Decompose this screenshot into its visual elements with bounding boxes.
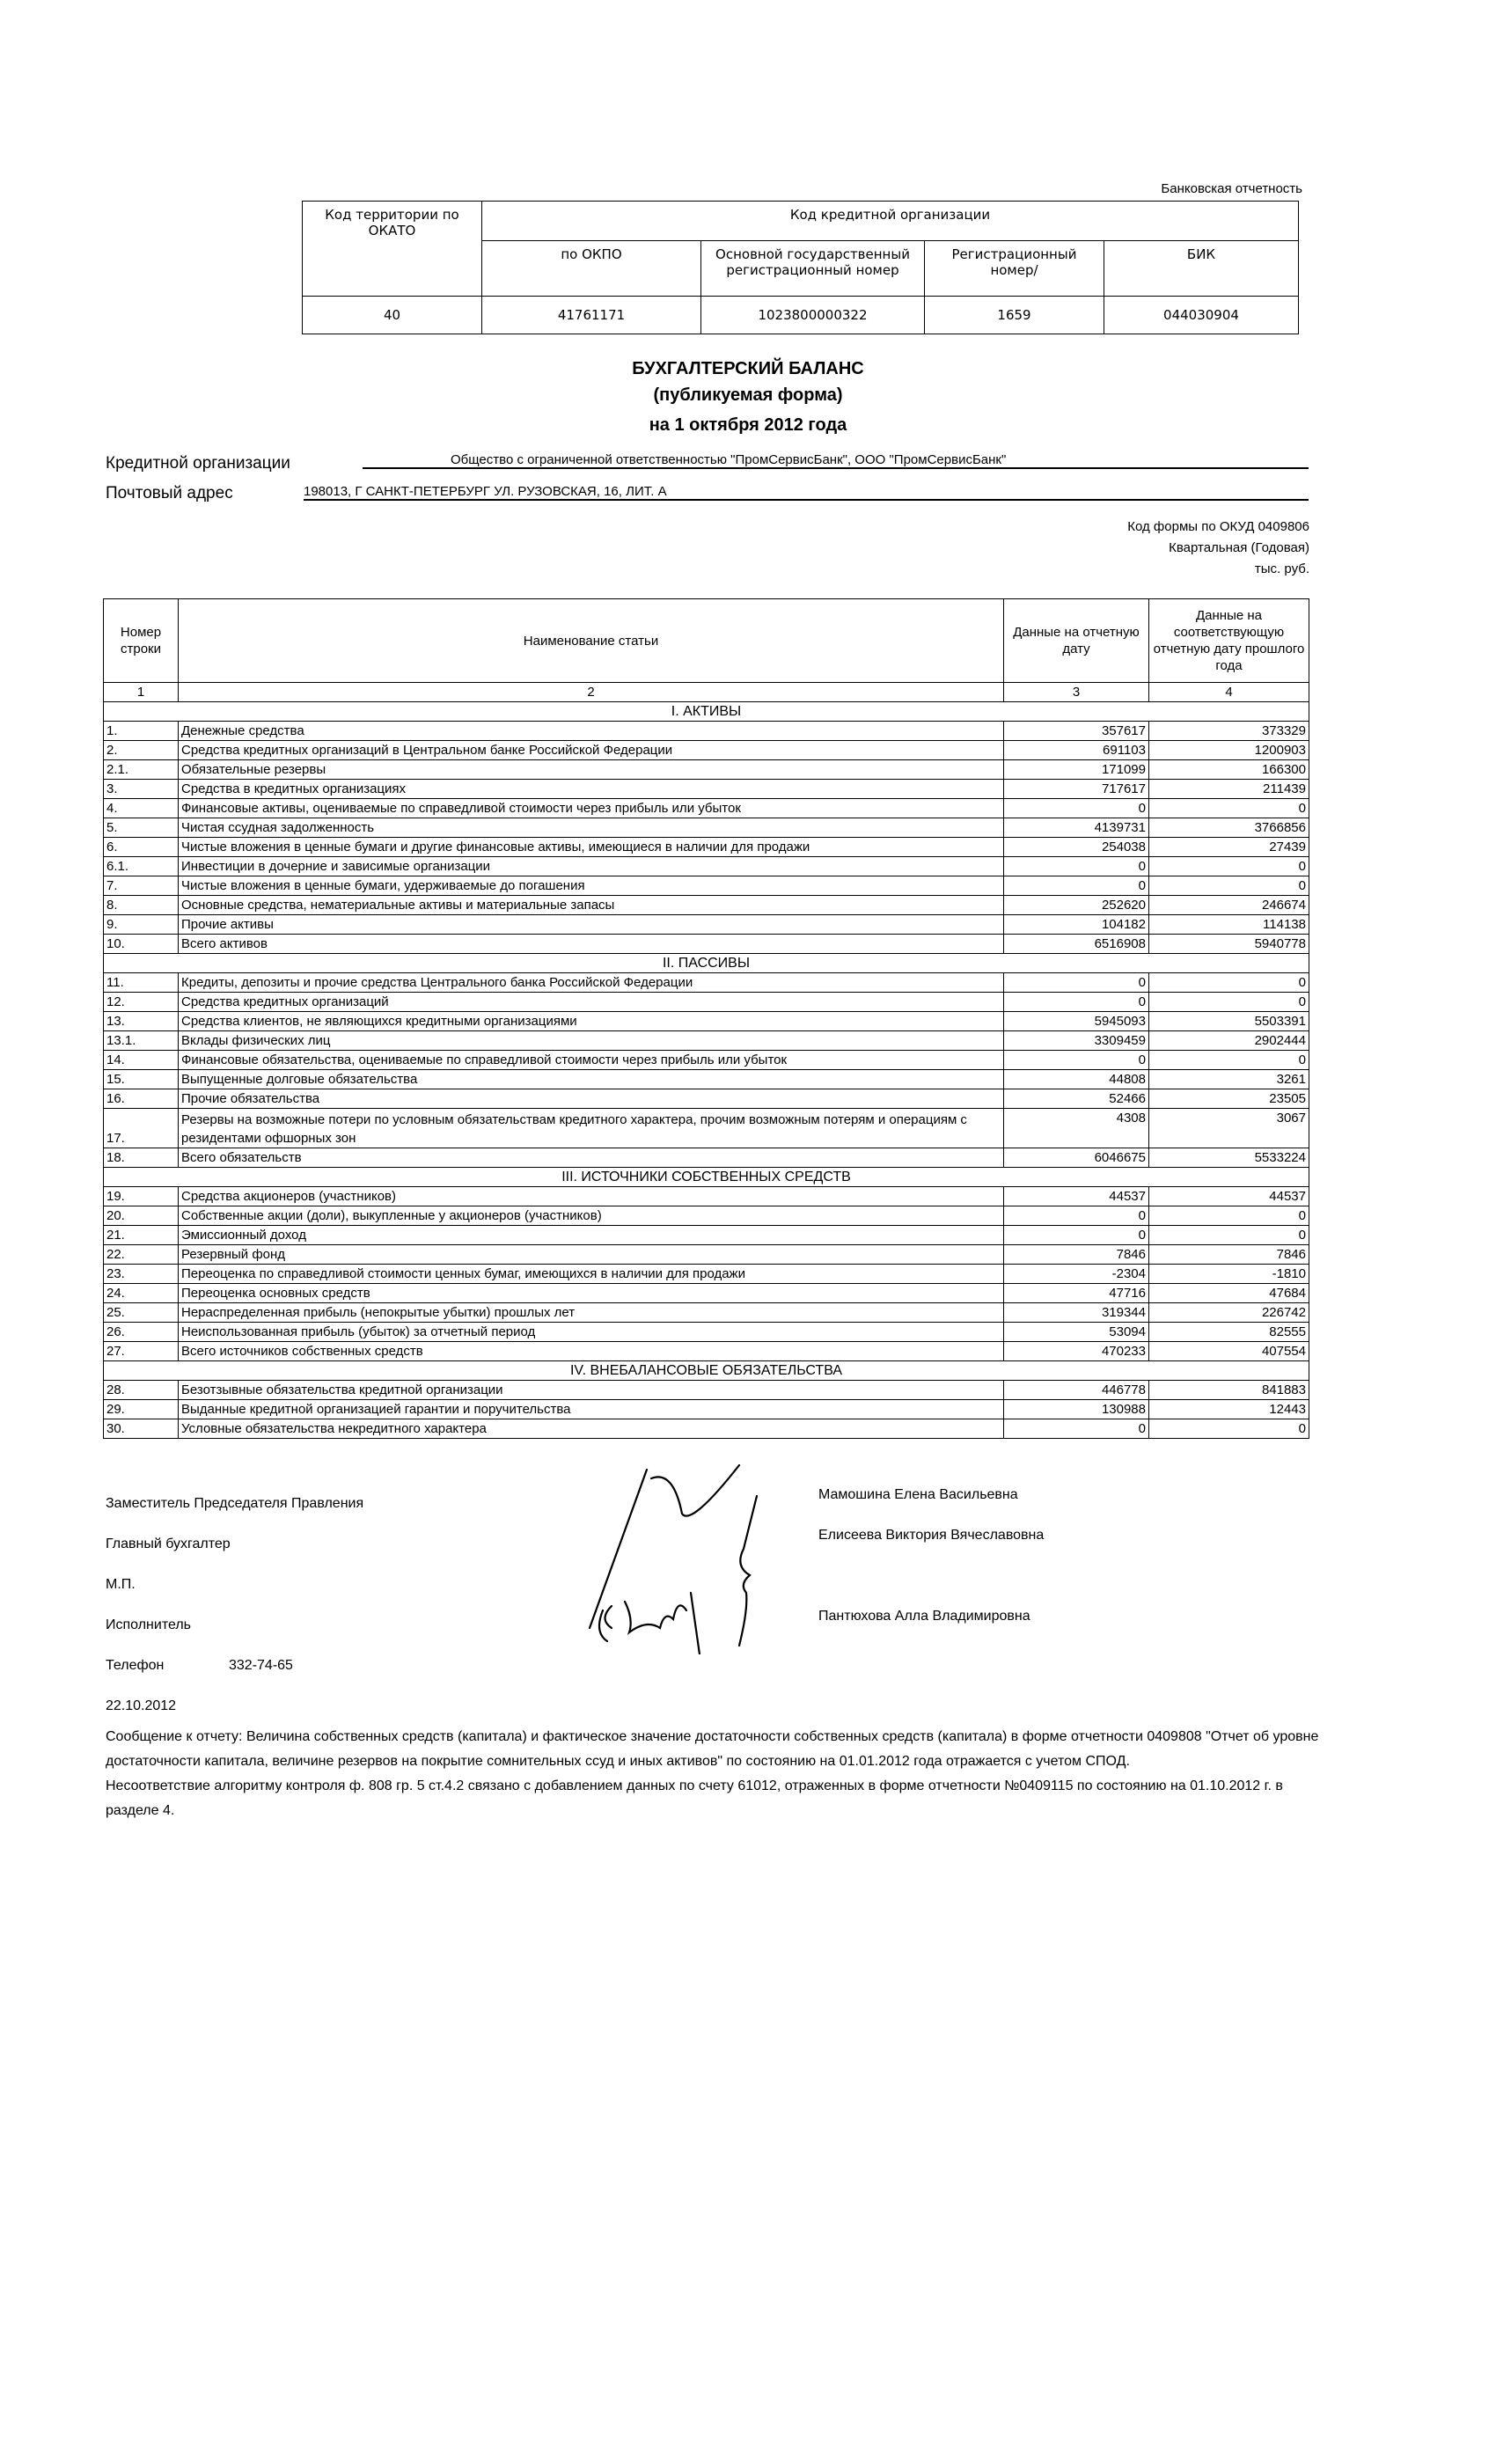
row-name: Основные средства, нематериальные активы… bbox=[179, 896, 1004, 915]
table-row: 5.Чистая ссудная задолженность4139731376… bbox=[104, 818, 1309, 838]
row-name: Собственные акции (доли), выкупленные у … bbox=[179, 1206, 1004, 1226]
row-number: 13.1. bbox=[104, 1031, 179, 1051]
chief-accountant-name: Елисеева Виктория Вячеславовна bbox=[818, 1528, 1044, 1544]
table-row: 12.Средства кредитных организаций00 bbox=[104, 993, 1309, 1012]
table-row: 26.Неиспользованная прибыль (убыток) за … bbox=[104, 1323, 1309, 1342]
row-current-value: 470233 bbox=[1004, 1342, 1149, 1361]
report-type: Банковская отчетность bbox=[1126, 181, 1302, 196]
table-row: 29.Выданные кредитной организацией гаран… bbox=[104, 1400, 1309, 1419]
table-row: 25.Нераспределенная прибыль (непокрытые … bbox=[104, 1303, 1309, 1323]
row-current-value: 52466 bbox=[1004, 1089, 1149, 1109]
row-number: 28. bbox=[104, 1381, 179, 1400]
table-row: 16.Прочие обязательства5246623505 bbox=[104, 1089, 1309, 1109]
deputy-chairman-label: Заместитель Председателя Правления bbox=[106, 1496, 363, 1512]
table-row: 27.Всего источников собственных средств4… bbox=[104, 1342, 1309, 1361]
table-row: 3.Средства в кредитных организациях71761… bbox=[104, 780, 1309, 799]
row-name: Выданные кредитной организацией гарантии… bbox=[179, 1400, 1004, 1419]
row-previous-value: 3766856 bbox=[1149, 818, 1309, 838]
row-current-value: 0 bbox=[1004, 1206, 1149, 1226]
row-previous-value: 0 bbox=[1149, 973, 1309, 993]
row-current-value: 4139731 bbox=[1004, 818, 1149, 838]
okpo-header: по ОКПО bbox=[482, 240, 701, 297]
row-name: Кредиты, депозиты и прочие средства Цент… bbox=[179, 973, 1004, 993]
header-previous-year: Данные на соответствующую отчетную дату … bbox=[1149, 599, 1309, 683]
row-name: Средства в кредитных организациях bbox=[179, 780, 1004, 799]
row-number: 6.1. bbox=[104, 857, 179, 876]
row-previous-value: 0 bbox=[1149, 799, 1309, 818]
row-name: Денежные средства bbox=[179, 722, 1004, 741]
row-number: 23. bbox=[104, 1265, 179, 1284]
col-number-2: 2 bbox=[179, 683, 1004, 702]
row-number: 20. bbox=[104, 1206, 179, 1226]
chief-accountant-label: Главный бухгалтер bbox=[106, 1536, 231, 1552]
row-number: 2.1. bbox=[104, 760, 179, 780]
row-name: Чистые вложения в ценные бумаги и другие… bbox=[179, 838, 1004, 857]
row-previous-value: 166300 bbox=[1149, 760, 1309, 780]
table-row: 23.Переоценка по справедливой стоимости … bbox=[104, 1265, 1309, 1284]
bik-value: 044030904 bbox=[1104, 297, 1299, 334]
row-name: Резервы на возможные потери по условным … bbox=[179, 1109, 1004, 1148]
row-current-value: 47716 bbox=[1004, 1284, 1149, 1303]
row-number: 17. bbox=[104, 1109, 179, 1148]
row-name: Переоценка по справедливой стоимости цен… bbox=[179, 1265, 1004, 1284]
row-current-value: 44537 bbox=[1004, 1187, 1149, 1206]
row-current-value: 0 bbox=[1004, 973, 1149, 993]
report-note: Сообщение к отчету: Величина собственных… bbox=[106, 1725, 1320, 1774]
handwritten-signature-icon bbox=[563, 1443, 827, 1654]
report-date: 22.10.2012 bbox=[106, 1698, 176, 1714]
row-previous-value: 7846 bbox=[1149, 1245, 1309, 1265]
row-number: 10. bbox=[104, 935, 179, 954]
table-row: 13.Средства клиентов, не являющихся кред… bbox=[104, 1012, 1309, 1031]
row-current-value: 717617 bbox=[1004, 780, 1149, 799]
row-number: 2. bbox=[104, 741, 179, 760]
row-current-value: 446778 bbox=[1004, 1381, 1149, 1400]
row-current-value: 0 bbox=[1004, 1419, 1149, 1439]
row-number: 21. bbox=[104, 1226, 179, 1245]
table-row: 6.1.Инвестиции в дочерние и зависимые ор… bbox=[104, 857, 1309, 876]
row-name: Чистые вложения в ценные бумаги, удержив… bbox=[179, 876, 1004, 896]
okato-header: Код территории по ОКАТО bbox=[303, 202, 482, 297]
row-current-value: 319344 bbox=[1004, 1303, 1149, 1323]
row-previous-value: 5940778 bbox=[1149, 935, 1309, 954]
bik-header: БИК bbox=[1104, 240, 1299, 297]
organization-codes-table: Код территории по ОКАТО Код кредитной ор… bbox=[302, 201, 1299, 334]
table-row: 13.1.Вклады физических лиц33094592902444 bbox=[104, 1031, 1309, 1051]
row-current-value: 7846 bbox=[1004, 1245, 1149, 1265]
row-previous-value: 44537 bbox=[1149, 1187, 1309, 1206]
row-number: 18. bbox=[104, 1148, 179, 1168]
section-header: I. АКТИВЫ bbox=[104, 702, 1309, 722]
phone-value: 332-74-65 bbox=[229, 1658, 293, 1674]
row-previous-value: 246674 bbox=[1149, 896, 1309, 915]
section-title: I. АКТИВЫ bbox=[104, 702, 1309, 722]
row-current-value: 104182 bbox=[1004, 915, 1149, 935]
row-number: 29. bbox=[104, 1400, 179, 1419]
row-name: Средства кредитных организаций bbox=[179, 993, 1004, 1012]
row-previous-value: 841883 bbox=[1149, 1381, 1309, 1400]
balance-table: Номер строки Наименование статьи Данные … bbox=[103, 598, 1309, 1439]
row-previous-value: 0 bbox=[1149, 1206, 1309, 1226]
section-title: II. ПАССИВЫ bbox=[104, 954, 1309, 973]
row-current-value: 0 bbox=[1004, 1051, 1149, 1070]
report-note-discrepancy: Несоответствие алгоритму контроля ф. 808… bbox=[106, 1774, 1320, 1823]
table-row: 20.Собственные акции (доли), выкупленные… bbox=[104, 1206, 1309, 1226]
row-current-value: 0 bbox=[1004, 993, 1149, 1012]
col-number-1: 1 bbox=[104, 683, 179, 702]
section-title: III. ИСТОЧНИКИ СОБСТВЕННЫХ СРЕДСТВ bbox=[104, 1168, 1309, 1187]
row-name: Инвестиции в дочерние и зависимые органи… bbox=[179, 857, 1004, 876]
header-item-name: Наименование статьи bbox=[179, 599, 1004, 683]
row-current-value: 5945093 bbox=[1004, 1012, 1149, 1031]
table-row: 14.Финансовые обязательства, оцениваемые… bbox=[104, 1051, 1309, 1070]
reg-number-header: Регистрационный номер/ bbox=[925, 240, 1104, 297]
deputy-chairman-name: Мамошина Елена Васильевна bbox=[818, 1487, 1018, 1503]
row-name: Всего источников собственных средств bbox=[179, 1342, 1004, 1361]
table-row: 1.Денежные средства357617373329 bbox=[104, 722, 1309, 741]
row-current-value: 254038 bbox=[1004, 838, 1149, 857]
col-number-4: 4 bbox=[1149, 683, 1309, 702]
row-previous-value: 407554 bbox=[1149, 1342, 1309, 1361]
row-number: 11. bbox=[104, 973, 179, 993]
row-current-value: 6046675 bbox=[1004, 1148, 1149, 1168]
row-current-value: 4308 bbox=[1004, 1109, 1149, 1148]
table-row: 2.1.Обязательные резервы171099166300 bbox=[104, 760, 1309, 780]
row-previous-value: -1810 bbox=[1149, 1265, 1309, 1284]
row-current-value: 53094 bbox=[1004, 1323, 1149, 1342]
row-previous-value: 3067 bbox=[1149, 1109, 1309, 1148]
row-current-value: 0 bbox=[1004, 1226, 1149, 1245]
row-name: Всего обязательств bbox=[179, 1148, 1004, 1168]
table-row: 18.Всего обязательств60466755533224 bbox=[104, 1148, 1309, 1168]
table-row: 4.Финансовые активы, оцениваемые по спра… bbox=[104, 799, 1309, 818]
org-name: Общество с ограниченной ответственностью… bbox=[363, 452, 1309, 469]
org-label: Кредитной организации bbox=[106, 454, 290, 473]
row-number: 14. bbox=[104, 1051, 179, 1070]
row-current-value: 0 bbox=[1004, 799, 1149, 818]
table-row: 15.Выпущенные долговые обязательства4480… bbox=[104, 1070, 1309, 1089]
row-previous-value: 0 bbox=[1149, 1419, 1309, 1439]
row-previous-value: 0 bbox=[1149, 857, 1309, 876]
row-previous-value: 0 bbox=[1149, 993, 1309, 1012]
row-name: Средства кредитных организаций в Централ… bbox=[179, 741, 1004, 760]
row-name: Чистая ссудная задолженность bbox=[179, 818, 1004, 838]
table-row: 22.Резервный фонд78467846 bbox=[104, 1245, 1309, 1265]
row-name: Безотзывные обязательства кредитной орга… bbox=[179, 1381, 1004, 1400]
row-current-value: 691103 bbox=[1004, 741, 1149, 760]
row-number: 19. bbox=[104, 1187, 179, 1206]
okud-code: Код формы по ОКУД 0409806 bbox=[968, 519, 1309, 534]
document-date: на 1 октября 2012 года bbox=[0, 415, 1496, 436]
document-subtitle: (публикуемая форма) bbox=[0, 385, 1496, 406]
executor-name: Пантюхова Алла Владимировна bbox=[818, 1609, 1030, 1624]
executor-label: Исполнитель bbox=[106, 1617, 191, 1633]
address-value: 198013, Г САНКТ-ПЕТЕРБУРГ УЛ. РУЗОВСКАЯ,… bbox=[304, 484, 1309, 501]
row-current-value: 0 bbox=[1004, 857, 1149, 876]
table-row: 17.Резервы на возможные потери по условн… bbox=[104, 1109, 1309, 1148]
table-row: 10.Всего активов65169085940778 bbox=[104, 935, 1309, 954]
row-name: Финансовые обязательства, оцениваемые по… bbox=[179, 1051, 1004, 1070]
row-name: Средства клиентов, не являющихся кредитн… bbox=[179, 1012, 1004, 1031]
table-row: 9.Прочие активы104182114138 bbox=[104, 915, 1309, 935]
row-previous-value: 373329 bbox=[1149, 722, 1309, 741]
table-row: 6.Чистые вложения в ценные бумаги и друг… bbox=[104, 838, 1309, 857]
table-row: 30.Условные обязательства некредитного х… bbox=[104, 1419, 1309, 1439]
reg-number-value: 1659 bbox=[925, 297, 1104, 334]
phone-label: Телефон bbox=[106, 1658, 164, 1674]
row-number: 15. bbox=[104, 1070, 179, 1089]
row-number: 6. bbox=[104, 838, 179, 857]
row-number: 16. bbox=[104, 1089, 179, 1109]
row-number: 12. bbox=[104, 993, 179, 1012]
row-number: 1. bbox=[104, 722, 179, 741]
row-current-value: 130988 bbox=[1004, 1400, 1149, 1419]
row-number: 4. bbox=[104, 799, 179, 818]
row-name: Обязательные резервы bbox=[179, 760, 1004, 780]
header-current-date: Данные на отчетную дату bbox=[1004, 599, 1149, 683]
row-previous-value: 23505 bbox=[1149, 1089, 1309, 1109]
row-previous-value: 82555 bbox=[1149, 1323, 1309, 1342]
section-title: IV. ВНЕБАЛАНСОВЫЕ ОБЯЗАТЕЛЬСТВА bbox=[104, 1361, 1309, 1381]
row-current-value: 171099 bbox=[1004, 760, 1149, 780]
row-number: 26. bbox=[104, 1323, 179, 1342]
row-name: Вклады физических лиц bbox=[179, 1031, 1004, 1051]
row-previous-value: 0 bbox=[1149, 876, 1309, 896]
row-previous-value: 1200903 bbox=[1149, 741, 1309, 760]
report-period: Квартальная (Годовая) bbox=[968, 540, 1309, 555]
row-number: 5. bbox=[104, 818, 179, 838]
row-current-value: 44808 bbox=[1004, 1070, 1149, 1089]
col-number-3: 3 bbox=[1004, 683, 1149, 702]
table-row: 2.Средства кредитных организаций в Центр… bbox=[104, 741, 1309, 760]
row-name: Прочие обязательства bbox=[179, 1089, 1004, 1109]
okato-value: 40 bbox=[303, 297, 482, 334]
document-title: БУХГАЛТЕРСКИЙ БАЛАНС bbox=[0, 359, 1496, 379]
row-name: Переоценка основных средств bbox=[179, 1284, 1004, 1303]
row-previous-value: 114138 bbox=[1149, 915, 1309, 935]
row-name: Финансовые активы, оцениваемые по справе… bbox=[179, 799, 1004, 818]
row-current-value: 6516908 bbox=[1004, 935, 1149, 954]
header-row-number: Номер строки bbox=[104, 599, 179, 683]
section-header: III. ИСТОЧНИКИ СОБСТВЕННЫХ СРЕДСТВ bbox=[104, 1168, 1309, 1187]
row-previous-value: 0 bbox=[1149, 1051, 1309, 1070]
table-row: 8.Основные средства, нематериальные акти… bbox=[104, 896, 1309, 915]
row-number: 22. bbox=[104, 1245, 179, 1265]
row-previous-value: 3261 bbox=[1149, 1070, 1309, 1089]
row-current-value: 357617 bbox=[1004, 722, 1149, 741]
row-previous-value: 27439 bbox=[1149, 838, 1309, 857]
table-row: 11.Кредиты, депозиты и прочие средства Ц… bbox=[104, 973, 1309, 993]
row-previous-value: 2902444 bbox=[1149, 1031, 1309, 1051]
row-number: 13. bbox=[104, 1012, 179, 1031]
okpo-value: 41761171 bbox=[482, 297, 701, 334]
table-row: 7.Чистые вложения в ценные бумаги, удерж… bbox=[104, 876, 1309, 896]
address-label: Почтовый адрес bbox=[106, 484, 233, 503]
row-name: Выпущенные долговые обязательства bbox=[179, 1070, 1004, 1089]
row-number: 25. bbox=[104, 1303, 179, 1323]
row-number: 8. bbox=[104, 896, 179, 915]
row-previous-value: 5533224 bbox=[1149, 1148, 1309, 1168]
row-name: Нераспределенная прибыль (непокрытые убы… bbox=[179, 1303, 1004, 1323]
row-current-value: -2304 bbox=[1004, 1265, 1149, 1284]
row-name: Условные обязательства некредитного хара… bbox=[179, 1419, 1004, 1439]
row-number: 3. bbox=[104, 780, 179, 799]
table-row: 24.Переоценка основных средств4771647684 bbox=[104, 1284, 1309, 1303]
row-previous-value: 5503391 bbox=[1149, 1012, 1309, 1031]
ogrn-header: Основной государственный регистрационный… bbox=[701, 240, 925, 297]
row-name: Резервный фонд bbox=[179, 1245, 1004, 1265]
ogrn-value: 1023800000322 bbox=[701, 297, 925, 334]
section-header: IV. ВНЕБАЛАНСОВЫЕ ОБЯЗАТЕЛЬСТВА bbox=[104, 1361, 1309, 1381]
row-previous-value: 226742 bbox=[1149, 1303, 1309, 1323]
section-header: II. ПАССИВЫ bbox=[104, 954, 1309, 973]
seal-label: М.П. bbox=[106, 1577, 136, 1593]
row-current-value: 3309459 bbox=[1004, 1031, 1149, 1051]
row-previous-value: 0 bbox=[1149, 1226, 1309, 1245]
row-name: Всего активов bbox=[179, 935, 1004, 954]
row-current-value: 0 bbox=[1004, 876, 1149, 896]
units: тыс. руб. bbox=[968, 561, 1309, 576]
row-name: Прочие активы bbox=[179, 915, 1004, 935]
row-previous-value: 47684 bbox=[1149, 1284, 1309, 1303]
table-row: 21.Эмиссионный доход00 bbox=[104, 1226, 1309, 1245]
row-current-value: 252620 bbox=[1004, 896, 1149, 915]
row-number: 7. bbox=[104, 876, 179, 896]
row-number: 9. bbox=[104, 915, 179, 935]
row-number: 24. bbox=[104, 1284, 179, 1303]
org-code-header: Код кредитной организации bbox=[482, 202, 1299, 241]
table-row: 28.Безотзывные обязательства кредитной о… bbox=[104, 1381, 1309, 1400]
row-name: Эмиссионный доход bbox=[179, 1226, 1004, 1245]
table-row: 19.Средства акционеров (участников)44537… bbox=[104, 1187, 1309, 1206]
row-name: Неиспользованная прибыль (убыток) за отч… bbox=[179, 1323, 1004, 1342]
row-number: 27. bbox=[104, 1342, 179, 1361]
row-previous-value: 12443 bbox=[1149, 1400, 1309, 1419]
row-previous-value: 211439 bbox=[1149, 780, 1309, 799]
row-name: Средства акционеров (участников) bbox=[179, 1187, 1004, 1206]
row-number: 30. bbox=[104, 1419, 179, 1439]
